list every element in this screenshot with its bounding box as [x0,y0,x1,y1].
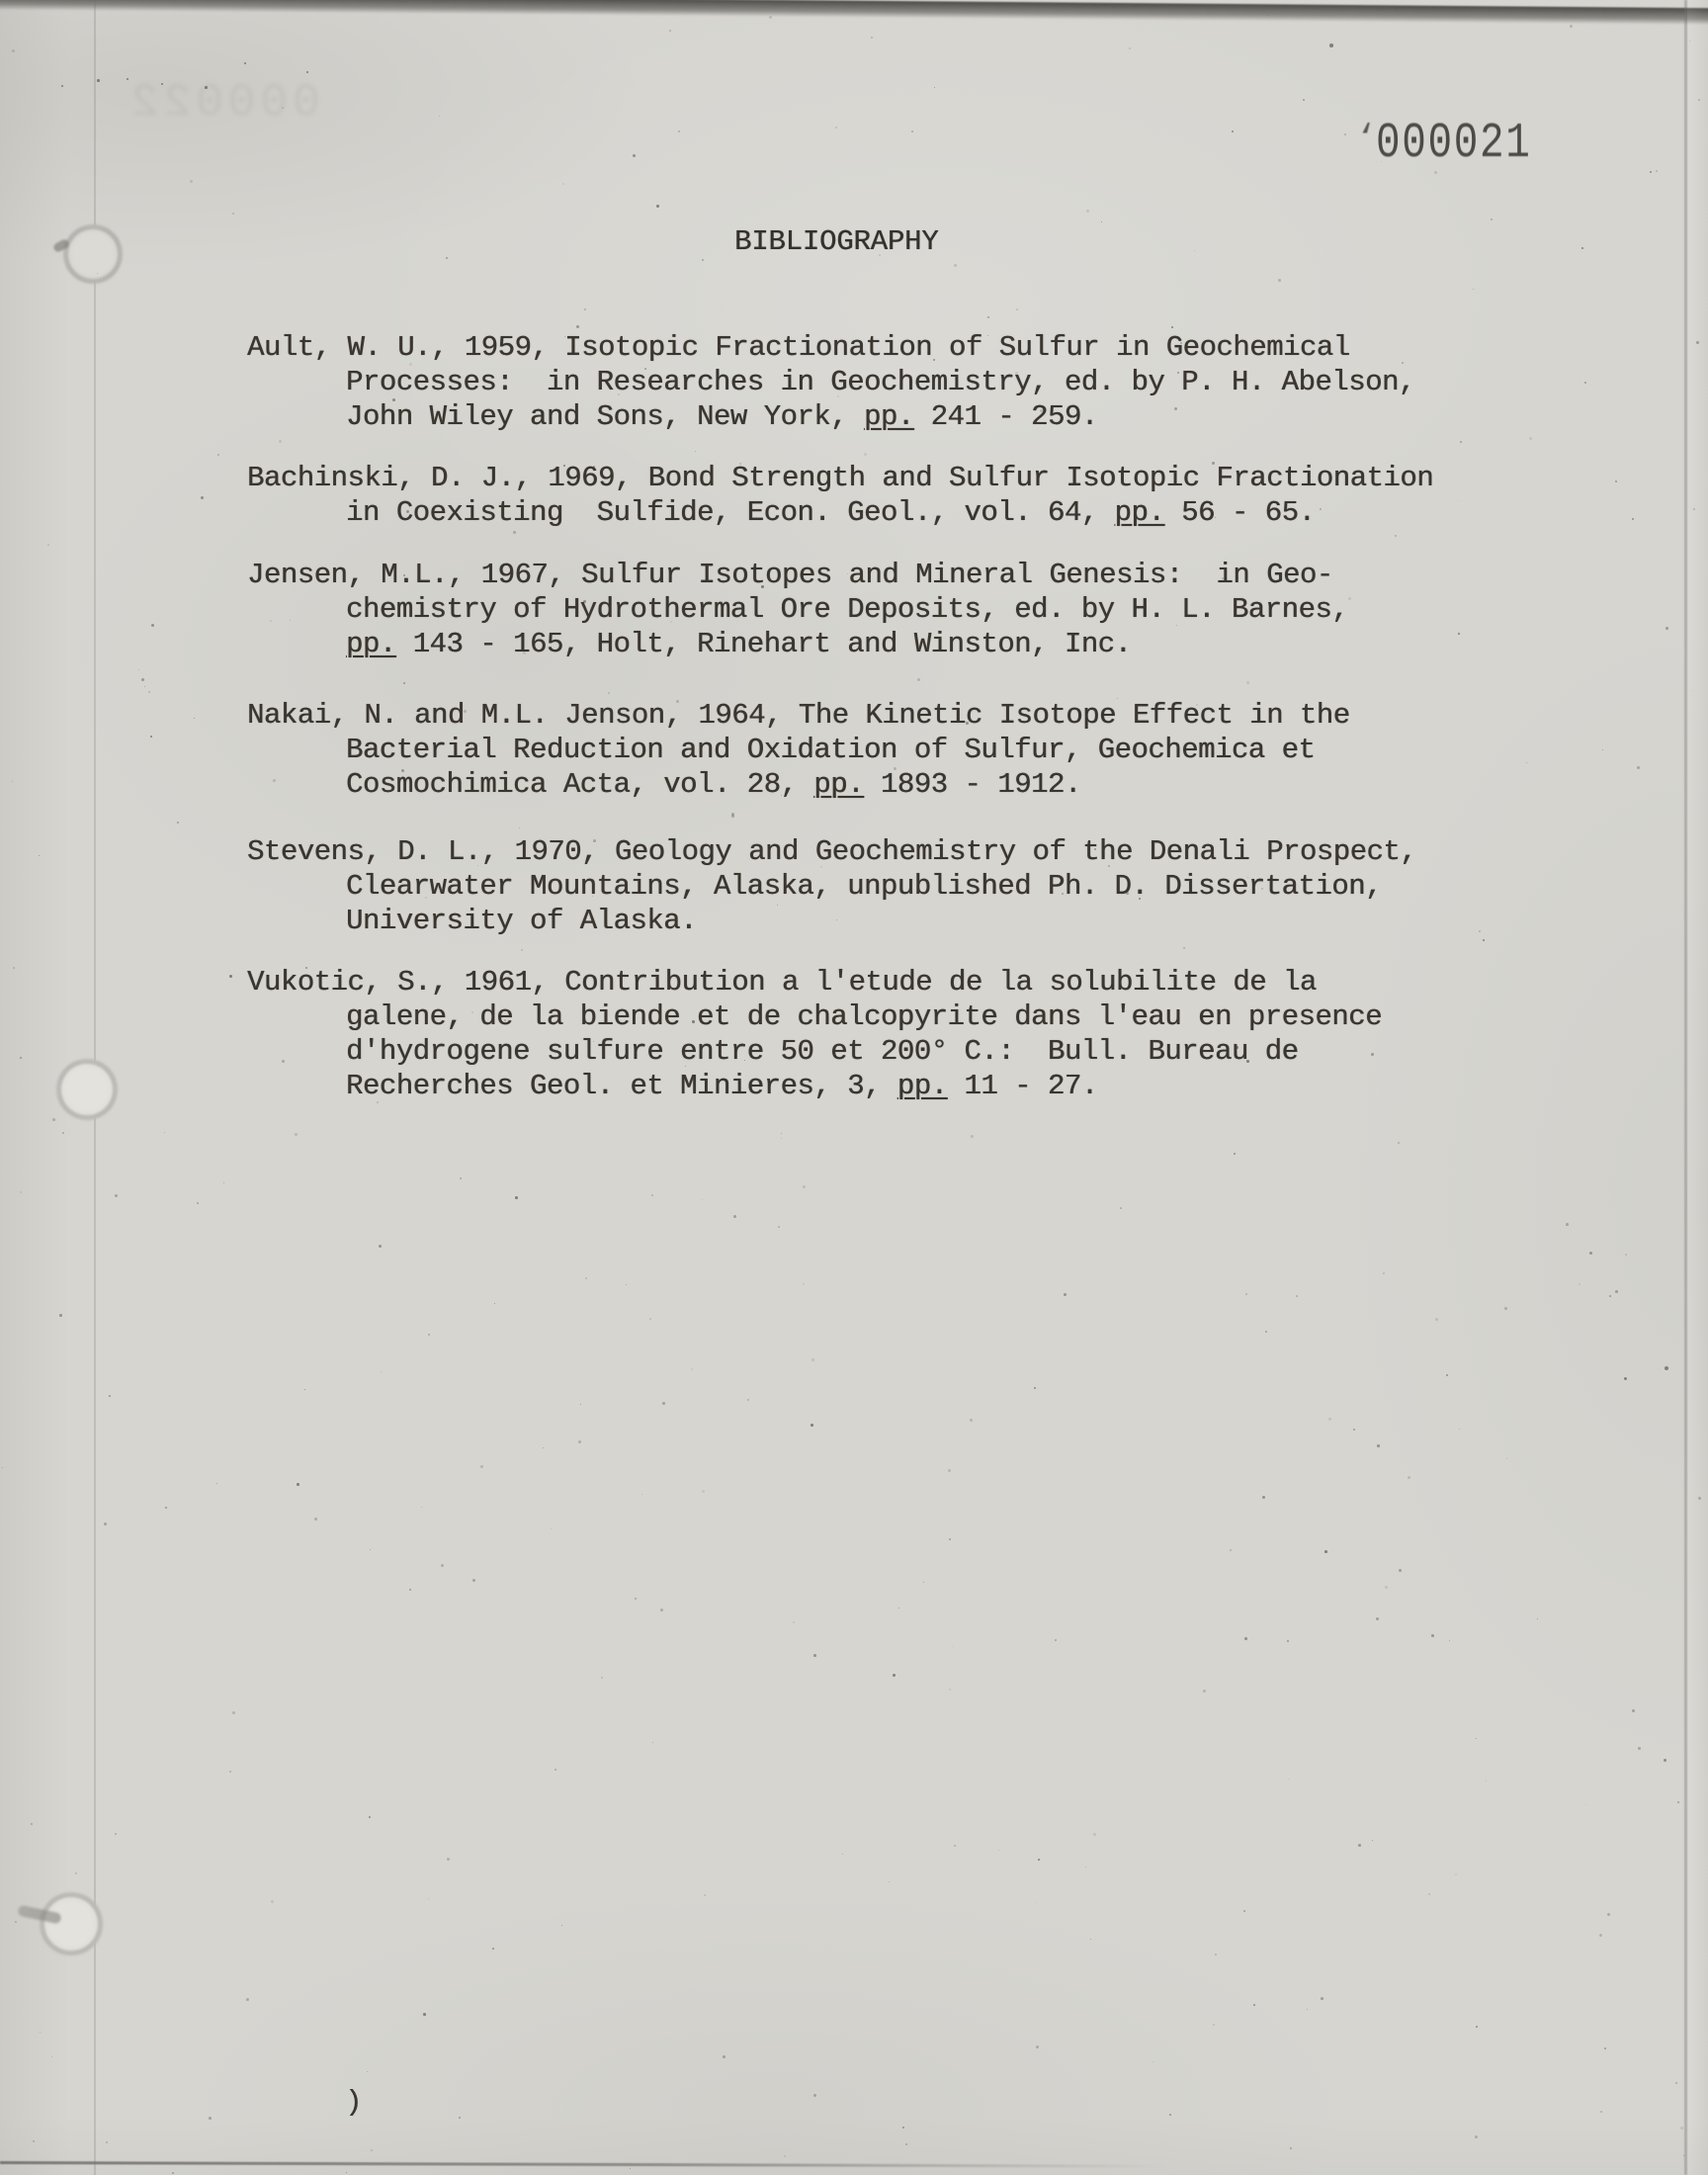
bib-line: Processes: in Researches in Geochemistry… [247,365,1415,399]
stray-mark: ) [345,2086,362,2119]
bib-line: galene, de la biende et de chalcopyrite … [247,1000,1382,1034]
bib-line: Cosmochimica Acta, vol. 28, pp. 1893 - 1… [247,767,1350,802]
bib-line: d'hydrogene sulfure entre 50 et 200° C.:… [247,1034,1382,1069]
punch-hole-top [63,224,123,284]
bib-line: Recherches Geol. et Minieres, 3, pp. 11 … [247,1069,1382,1103]
bibliography-entry: Nakai, N. and M.L. Jenson, 1964, The Kin… [247,698,1350,802]
punch-hole-bottom [40,1892,103,1956]
page-title: BIBLIOGRAPHY [734,224,938,259]
bib-line: Stevens, D. L., 1970, Geology and Geoche… [247,834,1416,869]
stamp-tick-mark: ‘ [1356,121,1376,158]
bibliography-entry: Ault, W. U., 1959, Isotopic Fractionatio… [247,330,1415,434]
bib-line: in Coexisting Sulfide, Econ. Geol., vol.… [247,495,1433,530]
bib-line: chemistry of Hydrothermal Ore Deposits, … [247,592,1348,627]
page-right-margin-strip [1687,0,1708,2175]
bib-line: John Wiley and Sons, New York, pp. 241 -… [247,399,1415,434]
bib-line: University of Alaska. [247,904,1416,938]
bib-line: Nakai, N. and M.L. Jenson, 1964, The Kin… [247,698,1350,733]
bibliography-entry: Stevens, D. L., 1970, Geology and Geoche… [247,834,1416,938]
bib-line: Jensen, M.L., 1967, Sulfur Isotopes and … [247,558,1348,592]
page-right-edge-line [1684,0,1687,2175]
bib-line: Ault, W. U., 1959, Isotopic Fractionatio… [247,330,1415,365]
paper-sheet: 000022 ‘ 000021 BIBLIOGRAPHY Ault, W. U.… [0,0,1708,2175]
bibliography-entry: Vukotic, S., 1961, Contribution a l'etud… [247,965,1382,1103]
punch-hole-middle [56,1059,118,1120]
bib-line: Clearwater Mountains, Alaska, unpublishe… [247,869,1416,904]
bib-line: Bachinski, D. J., 1969, Bond Strength an… [247,461,1433,495]
page-number-stamp: 000021 [1376,119,1531,170]
bib-line: Vukotic, S., 1961, Contribution a l'etud… [247,965,1382,1000]
bib-line: Bacterial Reduction and Oxidation of Sul… [247,733,1350,767]
bibliography-entry: Jensen, M.L., 1967, Sulfur Isotopes and … [247,558,1348,661]
scan-bottom-edge [0,2161,1166,2168]
bleed-through-stamp: 000022 [127,79,320,127]
bibliography-entry: Bachinski, D. J., 1969, Bond Strength an… [247,461,1433,530]
bib-line: pp. 143 - 165, Holt, Rinehart and Winsto… [247,627,1348,661]
scanned-document-page: { "document": { "page_number_stamp": "00… [0,0,1708,2175]
scan-top-edge [0,0,1708,25]
